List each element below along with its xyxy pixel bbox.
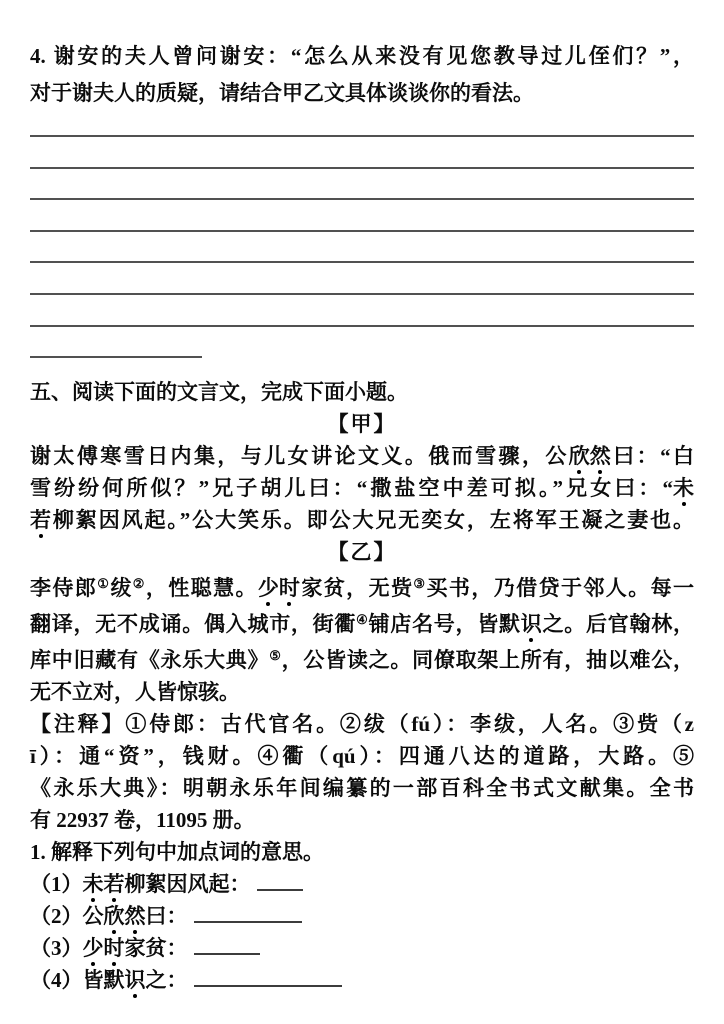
emphasized-char: 未: [83, 868, 104, 900]
emphasized-char: 少: [83, 932, 104, 964]
text-run: 【注释】①侍郎：古代官名。②绂（fú）：李绂，人名。③赀（z: [30, 712, 694, 736]
text-run: （4）皆默: [30, 968, 125, 992]
worksheet-page: 4. 谢安的夫人曾问谢安：“怎么从来没有见您教导过儿侄们？”，对于谢夫人的质疑，…: [0, 0, 724, 1024]
emphasized-char: 少: [258, 572, 279, 604]
text-line: （1）未若柳絮因风起：: [30, 868, 694, 900]
text-line: 谢太傅寒雪日内集，与儿女讲论文义。俄而雪骤，公欣然曰：“白: [30, 440, 694, 472]
passage-yi: 李侍郎①绂②，性聪慧。少时家贫，无赀③买书，乃借贷于邻人。每一翻译，无不成诵。偶…: [30, 568, 694, 708]
text-run: 对于谢夫人的质疑，请结合甲乙文具体谈谈你的看法。: [30, 81, 534, 105]
passage-jia: 谢太傅寒雪日内集，与儿女讲论文义。俄而雪骤，公欣然曰：“白雪纷纷何所似？”兄子胡…: [30, 440, 694, 536]
answer-blank: [257, 874, 303, 891]
text-run: 有 22937 卷，11095 册。: [30, 808, 255, 832]
text-line: 【注释】①侍郎：古代官名。②绂（fú）：李绂，人名。③赀（z: [30, 708, 694, 740]
emphasized-char: 未: [673, 472, 694, 504]
text-line: 4. 谢安的夫人曾问谢安：“怎么从来没有见您教导过儿侄们？”，: [30, 38, 694, 75]
emphasized-char: 时: [104, 932, 125, 964]
section-5-heading: 五、阅读下面的文言文，完成下面小题。: [30, 376, 694, 408]
answer-line-short: [30, 327, 202, 358]
text-run: 曰：: [146, 904, 188, 928]
text-line: 《永乐大典》：明朝永乐年间编纂的一部百科全书式文献集。全书: [30, 772, 694, 804]
emphasized-char: 欣: [104, 900, 125, 932]
answer-blank: [194, 906, 302, 923]
text-line: （2）公欣然曰：: [30, 900, 694, 932]
note-ref-number: ⑤: [269, 648, 281, 663]
text-run: 柳絮因风起。”公大笑乐。即公大兄无奕女，左将军王凝之妻也。: [51, 508, 694, 532]
answer-blank: [194, 970, 342, 987]
answer-line: [30, 232, 694, 264]
emphasized-char: 时: [279, 572, 300, 604]
text-run: 之：: [146, 968, 188, 992]
note-ref-number: ③: [413, 576, 426, 591]
emphasized-char: 若: [30, 504, 51, 536]
text-line: 若柳絮因风起。”公大笑乐。即公大兄无奕女，左将军王凝之妻也。: [30, 504, 694, 536]
emphasized-char: 欣: [569, 440, 590, 472]
text-run: 翻译，无不成诵。偶入城市，街衢: [30, 612, 356, 636]
text-run: 家贫，无赀: [300, 576, 414, 600]
text-line: ī）：通“资”，钱财。④衢（qú）：四通八达的道路，大路。⑤: [30, 740, 694, 772]
emphasized-char: 然: [590, 440, 611, 472]
text-line: 翻译，无不成诵。偶入城市，街衢④铺店名号，皆默识之。后官翰林，: [30, 604, 694, 640]
text-line: 无不立对，人皆惊骇。: [30, 676, 694, 708]
emphasized-char: 然: [125, 900, 146, 932]
text-run: 库中旧藏有《永乐大典》: [30, 648, 269, 672]
text-run: 曰：“白: [611, 444, 694, 468]
text-run: 无不立对，人皆惊骇。: [30, 680, 240, 704]
annotations: 【注释】①侍郎：古代官名。②绂（fú）：李绂，人名。③赀（zī）：通“资”，钱财…: [30, 708, 694, 836]
text-line: 对于谢夫人的质疑，请结合甲乙文具体谈谈你的看法。: [30, 75, 694, 112]
question-1-items: （1）未若柳絮因风起：（2）公欣然曰：（3）少时家贫：（4）皆默识之：: [30, 868, 694, 996]
text-line: （3）少时家贫：: [30, 932, 694, 964]
text-line: 库中旧藏有《永乐大典》⑤，公皆读之。同僚取架上所有，抽以难公，: [30, 640, 694, 676]
note-ref-number: ②: [133, 576, 146, 591]
answer-line: [30, 295, 694, 327]
text-run: 之。后官翰林，: [542, 612, 694, 636]
text-run: 绂: [110, 576, 132, 600]
answer-lines: [30, 112, 694, 358]
text-run: （1）: [30, 872, 83, 896]
text-run: （3）: [30, 936, 83, 960]
text-line: 有 22937 卷，11095 册。: [30, 804, 694, 836]
answer-line: [30, 200, 694, 232]
text-run: 铺店名号，皆默: [369, 612, 521, 636]
text-line: 雪纷纷何所似？”兄子胡儿曰：“撒盐空中差可拟。”兄女曰：“未: [30, 472, 694, 504]
text-run: ，公皆读之。同僚取架上所有，抽以难公，: [282, 648, 694, 672]
answer-line: [30, 137, 694, 169]
text-run: 雪纷纷何所似？”兄子胡儿曰：“撒盐空中差可拟。”兄女曰：“: [30, 476, 673, 500]
emphasized-char: 识: [521, 608, 542, 640]
text-run: 谢太傅寒雪日内集，与儿女讲论文义。俄而雪骤，公: [30, 444, 569, 468]
answer-line: [30, 112, 694, 137]
emphasized-char: 若: [104, 868, 125, 900]
text-run: ，性聪慧。: [146, 576, 258, 600]
answer-line: [30, 263, 694, 295]
passage-jia-title: 【甲】: [30, 408, 694, 440]
text-run: 4. 谢安的夫人曾问谢安：“怎么从来没有见您教导过儿侄们？”，: [30, 44, 694, 68]
text-run: 柳絮因风起：: [125, 872, 251, 896]
text-run: ī）：通“资”，钱财。④衢（qú）：四通八达的道路，大路。⑤: [30, 744, 694, 768]
text-run: 李侍郎: [30, 576, 97, 600]
question-4: 4. 谢安的夫人曾问谢安：“怎么从来没有见您教导过儿侄们？”，对于谢夫人的质疑，…: [30, 38, 694, 112]
answer-blank: [194, 938, 260, 955]
text-run: （2）公: [30, 904, 104, 928]
note-ref-number: ④: [356, 612, 368, 627]
section-5: 五、阅读下面的文言文，完成下面小题。 【甲】 谢太傅寒雪日内集，与儿女讲论文义。…: [30, 376, 694, 996]
text-line: 李侍郎①绂②，性聪慧。少时家贫，无赀③买书，乃借贷于邻人。每一: [30, 568, 694, 604]
text-run: 家贫：: [125, 936, 188, 960]
passage-yi-title: 【乙】: [30, 536, 694, 568]
answer-line: [30, 169, 694, 201]
emphasized-char: 识: [125, 964, 146, 996]
note-ref-number: ①: [97, 576, 110, 591]
text-run: 《永乐大典》：明朝永乐年间编纂的一部百科全书式文献集。全书: [30, 776, 694, 800]
question-1-heading: 1. 解释下列句中加点词的意思。: [30, 836, 694, 868]
text-line: （4）皆默识之：: [30, 964, 694, 996]
text-run: 买书，乃借贷于邻人。每一: [426, 576, 694, 600]
